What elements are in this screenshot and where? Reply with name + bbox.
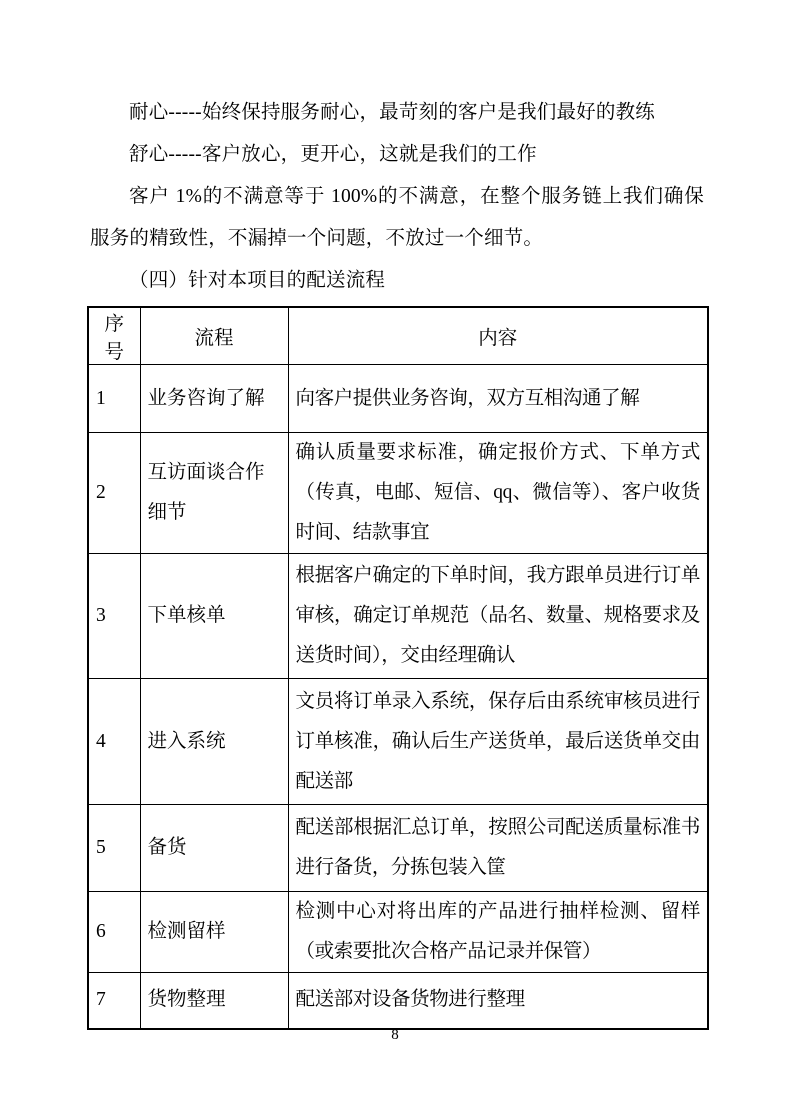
delivery-process-table: 序号 流程 内容 1 业务咨询了解 向客户提供业务咨询，双方互相沟通了解 2 互… [87, 306, 709, 1030]
document-page: 耐心-----始终保持服务耐心，最苛刻的客户是我们最好的教练 舒心-----客户… [0, 0, 790, 1118]
section-heading: （四）针对本项目的配送流程 [90, 260, 704, 302]
cell-no: 7 [88, 973, 140, 1029]
cell-content: 向客户提供业务咨询，双方互相沟通了解 [288, 365, 708, 433]
cell-no: 3 [88, 554, 140, 679]
column-header-no: 序号 [88, 307, 140, 365]
paragraph-satisfaction: 客户 1%的不满意等于 100%的不满意，在整个服务链上我们确保服务的精致性，不… [90, 176, 704, 260]
cell-process: 检测留样 [140, 892, 288, 973]
table-row: 3 下单核单 根据客户确定的下单时间，我方跟单员进行订单审核，确定订单规范（品名… [88, 554, 708, 679]
cell-no: 4 [88, 679, 140, 805]
cell-process: 备货 [140, 805, 288, 892]
paragraph-patience: 耐心-----始终保持服务耐心，最苛刻的客户是我们最好的教练 [90, 92, 704, 134]
cell-content: 文员将订单录入系统，保存后由系统审核员进行订单核准，确认后生产送货单，最后送货单… [288, 679, 708, 805]
table-row: 6 检测留样 检测中心对将出库的产品进行抽样检测、留样（或索要批次合格产品记录并… [88, 892, 708, 973]
cell-content: 根据客户确定的下单时间，我方跟单员进行订单审核，确定订单规范（品名、数量、规格要… [288, 554, 708, 679]
cell-content: 配送部根据汇总订单，按照公司配送质量标准书进行备货，分拣包装入筐 [288, 805, 708, 892]
table-row: 1 业务咨询了解 向客户提供业务咨询，双方互相沟通了解 [88, 365, 708, 433]
cell-content: 检测中心对将出库的产品进行抽样检测、留样（或索要批次合格产品记录并保管） [288, 892, 708, 973]
body-text: 耐心-----始终保持服务耐心，最苛刻的客户是我们最好的教练 舒心-----客户… [90, 92, 704, 302]
column-header-content: 内容 [288, 307, 708, 365]
cell-content: 确认质量要求标准，确定报价方式、下单方式（传真，电邮、短信、qq、微信等）、客户… [288, 433, 708, 554]
table-body: 1 业务咨询了解 向客户提供业务咨询，双方互相沟通了解 2 互访面谈合作细节 确… [88, 365, 708, 1029]
table-header: 序号 流程 内容 [88, 307, 708, 365]
cell-no: 1 [88, 365, 140, 433]
cell-no: 6 [88, 892, 140, 973]
table-row: 5 备货 配送部根据汇总订单，按照公司配送质量标准书进行备货，分拣包装入筐 [88, 805, 708, 892]
cell-process: 互访面谈合作细节 [140, 433, 288, 554]
table-row: 2 互访面谈合作细节 确认质量要求标准，确定报价方式、下单方式（传真，电邮、短信… [88, 433, 708, 554]
table-row: 4 进入系统 文员将订单录入系统，保存后由系统审核员进行订单核准，确认后生产送货… [88, 679, 708, 805]
cell-process: 业务咨询了解 [140, 365, 288, 433]
cell-no: 5 [88, 805, 140, 892]
table-header-row: 序号 流程 内容 [88, 307, 708, 365]
table-row: 7 货物整理 配送部对设备货物进行整理 [88, 973, 708, 1029]
cell-process: 下单核单 [140, 554, 288, 679]
cell-content: 配送部对设备货物进行整理 [288, 973, 708, 1029]
cell-no: 2 [88, 433, 140, 554]
cell-process: 进入系统 [140, 679, 288, 805]
cell-process: 货物整理 [140, 973, 288, 1029]
column-header-process: 流程 [140, 307, 288, 365]
page-number: 8 [0, 1027, 790, 1044]
paragraph-comfort: 舒心-----客户放心，更开心，这就是我们的工作 [90, 134, 704, 176]
